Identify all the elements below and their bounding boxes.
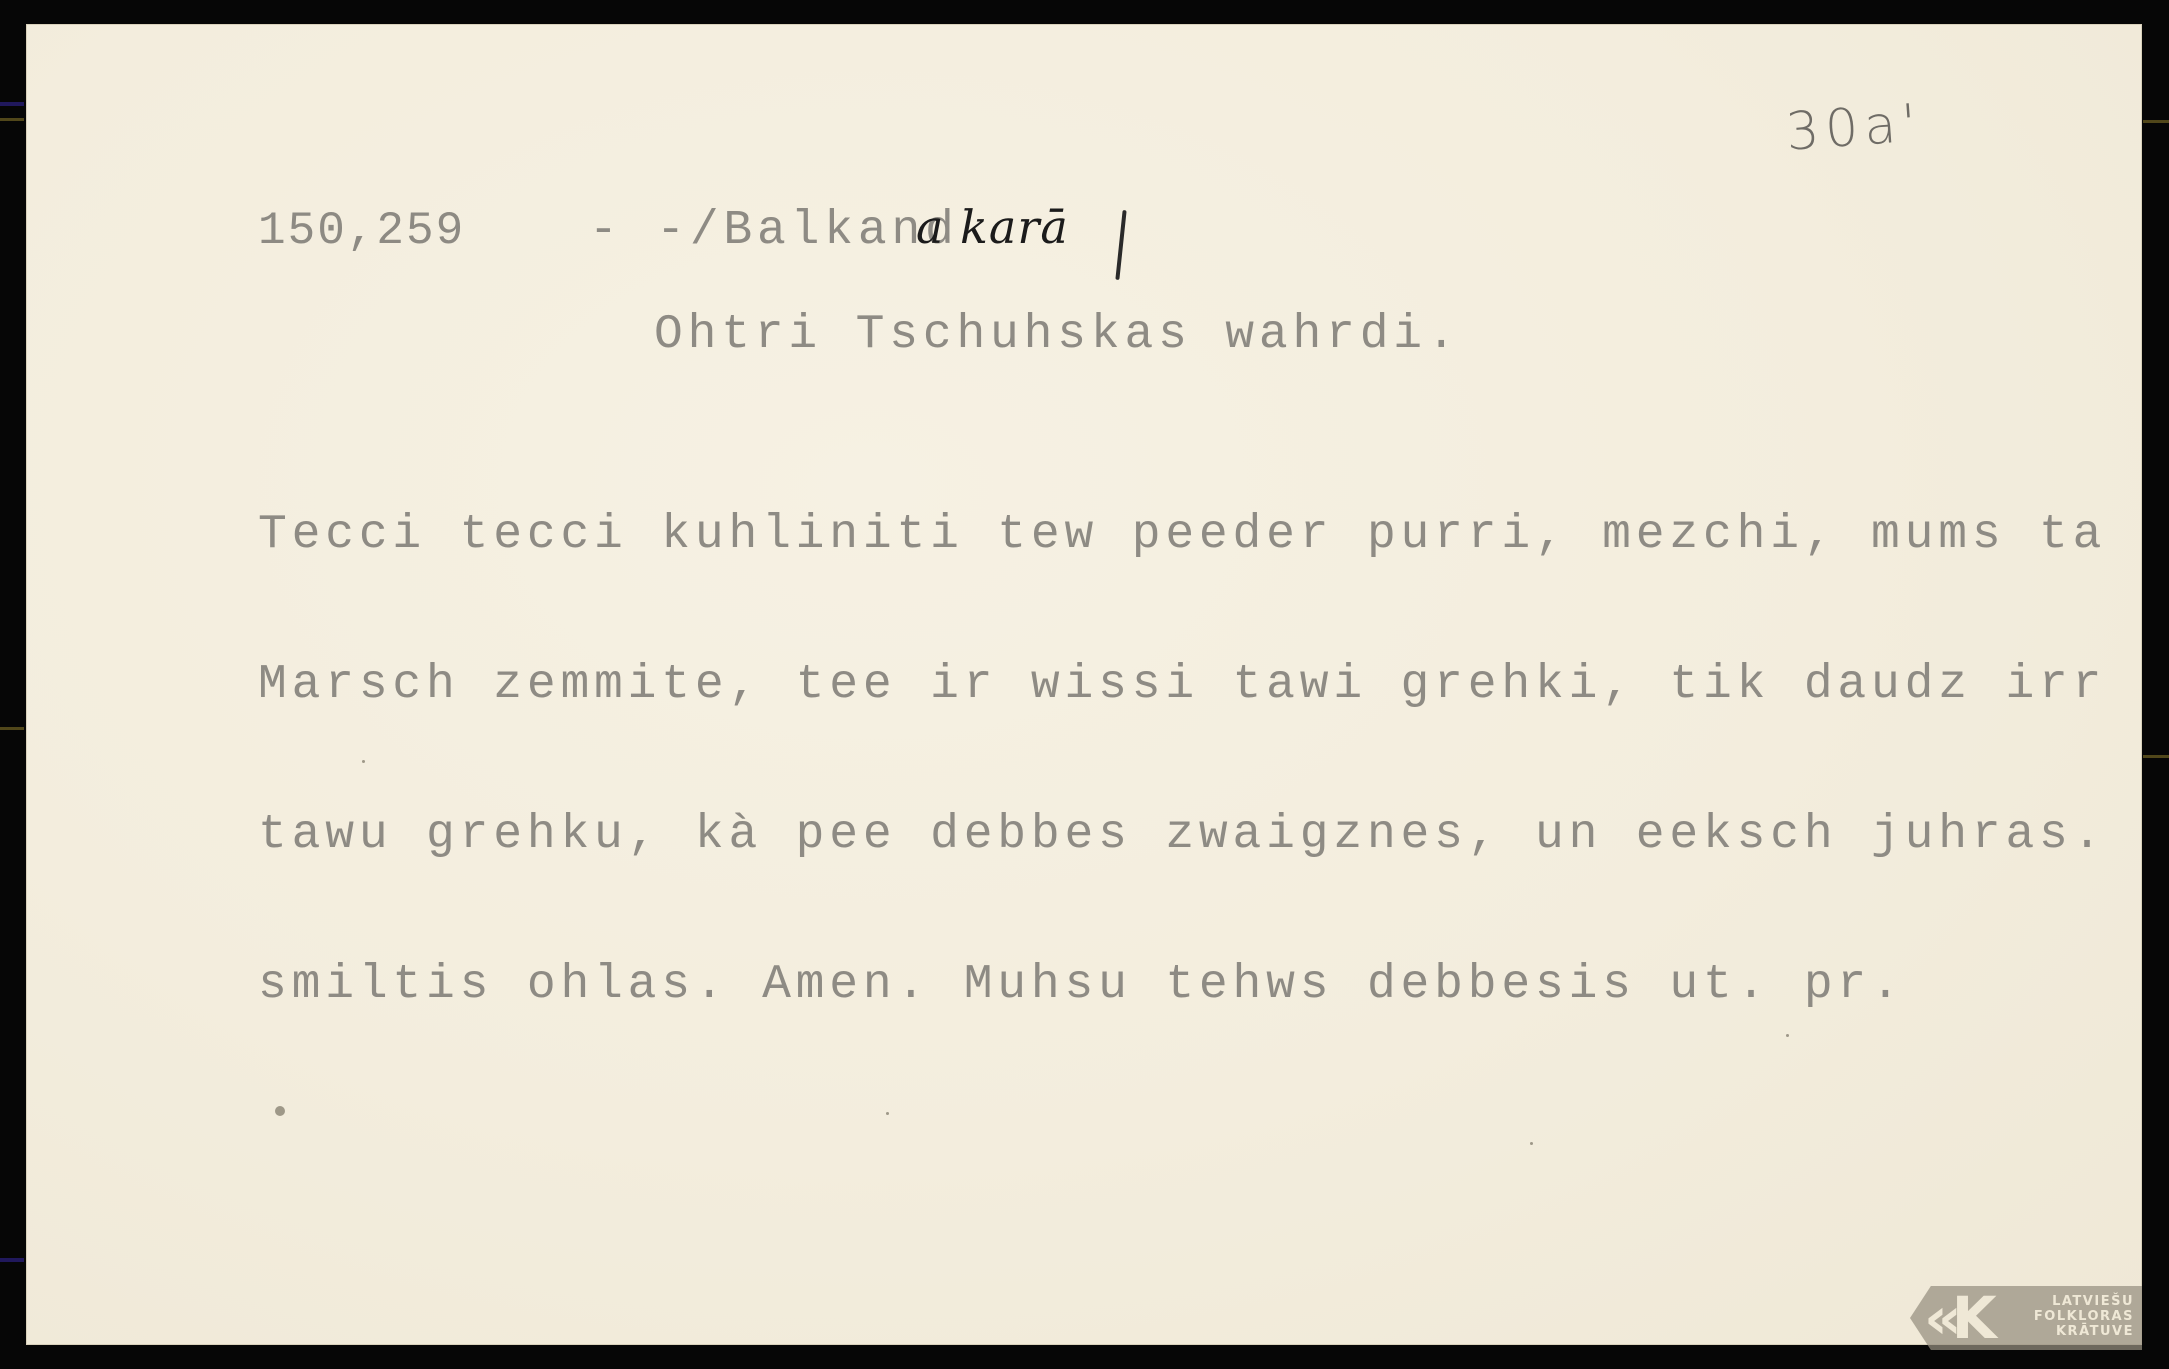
film-edge-mark: [0, 102, 24, 106]
paper-speck: [886, 1112, 889, 1115]
text-line: Tecci tecci kuhliniti tew peeder purri, …: [258, 510, 2106, 560]
paper-speck: [1786, 1034, 1789, 1037]
text-line: tawu grehku, kà pee debbes zwaigznes, un…: [258, 810, 2106, 860]
film-edge-mark: [0, 1258, 24, 1262]
title-typed-part: - -/Balkand: [589, 206, 959, 256]
scan-background: 30a' 150,259 - -/Balkand a karā Ohtri Ts…: [0, 0, 2169, 1369]
title-handwritten-part: a karā: [916, 200, 1069, 254]
paper-speck: [275, 1106, 285, 1116]
paper-speck: [362, 760, 365, 763]
paper-speck: [1530, 1142, 1533, 1145]
film-edge-mark: [2143, 755, 2169, 758]
transcribed-text-body: Tecci tecci kuhliniti tew peeder purri, …: [258, 410, 2106, 1110]
handwritten-slash-mark: [1115, 210, 1126, 280]
archive-watermark-logo: ‹‹K LATVIEŠU FOLKLORAS KRĀTUVE: [1910, 1286, 2142, 1350]
text-subtitle: Ohtri Tschuhskas wahrdi.: [654, 310, 1461, 360]
film-edge-mark: [0, 727, 24, 730]
film-edge-mark: [2143, 120, 2169, 123]
logo-line: KRĀTUVE: [2034, 1324, 2134, 1339]
film-edge-mark: [0, 118, 24, 121]
logo-line: FOLKLORAS: [2034, 1309, 2134, 1324]
lfk-logo-icon: ‹‹K: [1924, 1290, 1987, 1346]
logo-line: LATVIEŠU: [2034, 1294, 2134, 1309]
archive-index-card: 30a' 150,259 - -/Balkand a karā Ohtri Ts…: [26, 24, 2142, 1345]
text-line: Marsch zemmite, tee ir wissi tawi grehki…: [258, 660, 2106, 710]
logo-wordmark: LATVIEŠU FOLKLORAS KRĀTUVE: [2034, 1294, 2134, 1339]
accession-number: 150,259: [258, 206, 465, 256]
text-line: smiltis ohlas. Amen. Muhsu tehws debbesi…: [258, 960, 2106, 1010]
corner-pencil-note: 30a': [1784, 93, 1924, 162]
